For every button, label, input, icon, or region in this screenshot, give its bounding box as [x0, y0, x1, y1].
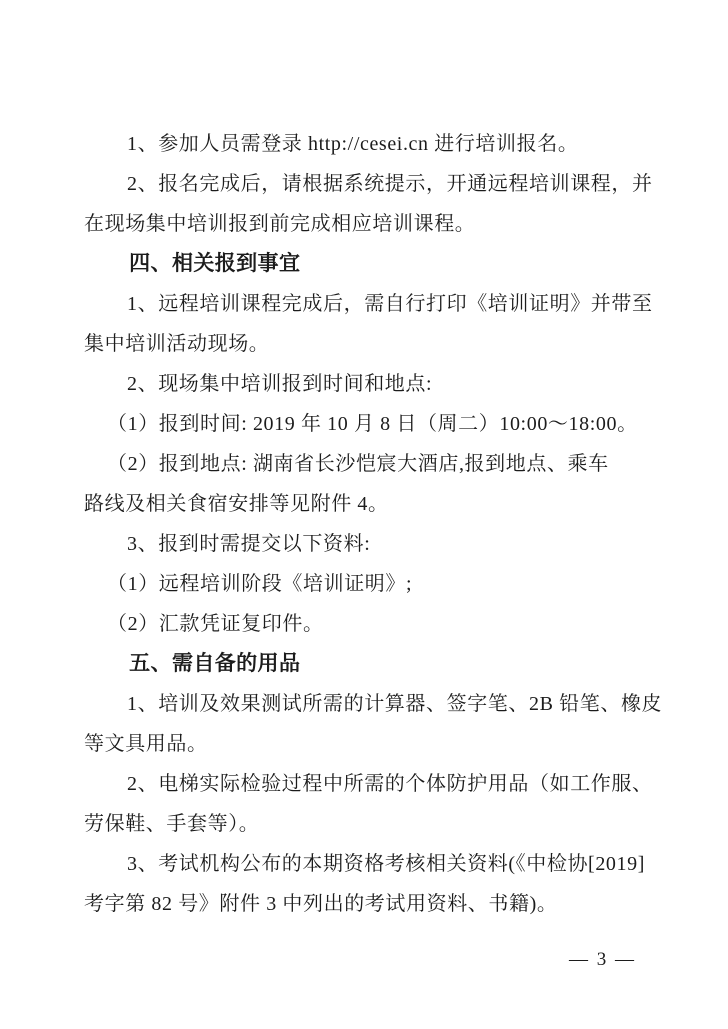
- paragraph-line: （1）远程培训阶段《培训证明》;: [84, 564, 646, 604]
- page-number: — 3 —: [569, 948, 636, 972]
- paragraph-line: 路线及相关食宿安排等见附件 4。: [84, 484, 646, 524]
- document-page: 1、参加人员需登录 http://cesei.cn 进行培训报名。 2、报名完成…: [0, 0, 728, 1029]
- paragraph-line: 2、现场集中培训报到时间和地点:: [84, 364, 646, 404]
- paragraph-line: 2、电梯实际检验过程中所需的个体防护用品（如工作服、: [84, 764, 646, 804]
- paragraph-line: 3、报到时需提交以下资料:: [84, 524, 646, 564]
- paragraph-line: 1、远程培训课程完成后，需自行打印《培训证明》并带至: [84, 284, 646, 324]
- paragraph-line: 在现场集中培训报到前完成相应培训课程。: [84, 204, 646, 244]
- paragraph-line: 2、报名完成后，请根据系统提示，开通远程培训课程，并: [84, 164, 646, 204]
- paragraph-line: 考字第 82 号》附件 3 中列出的考试用资料、书籍)。: [84, 884, 646, 924]
- paragraph-line: 3、考试机构公布的本期资格考核相关资料(《中检协[2019]: [84, 844, 646, 884]
- paragraph-line: （2）报到地点: 湖南省长沙恺宸大酒店,报到地点、乘车: [84, 444, 646, 484]
- paragraph-line: 1、参加人员需登录 http://cesei.cn 进行培训报名。: [84, 124, 646, 164]
- section-heading-4: 四、相关报到事宜: [84, 244, 646, 284]
- paragraph-line: 1、培训及效果测试所需的计算器、签字笔、2B 铅笔、橡皮: [84, 684, 646, 724]
- paragraph-line: 劳保鞋、手套等）。: [84, 804, 646, 844]
- paragraph-line: （1）报到时间: 2019 年 10 月 8 日（周二）10:00～18:00。: [84, 404, 646, 444]
- paragraph-line: 集中培训活动现场。: [84, 324, 646, 364]
- document-body: 1、参加人员需登录 http://cesei.cn 进行培训报名。 2、报名完成…: [84, 124, 646, 924]
- section-heading-5: 五、需自备的用品: [84, 644, 646, 684]
- paragraph-line: （2）汇款凭证复印件。: [84, 604, 646, 644]
- paragraph-line: 等文具用品。: [84, 724, 646, 764]
